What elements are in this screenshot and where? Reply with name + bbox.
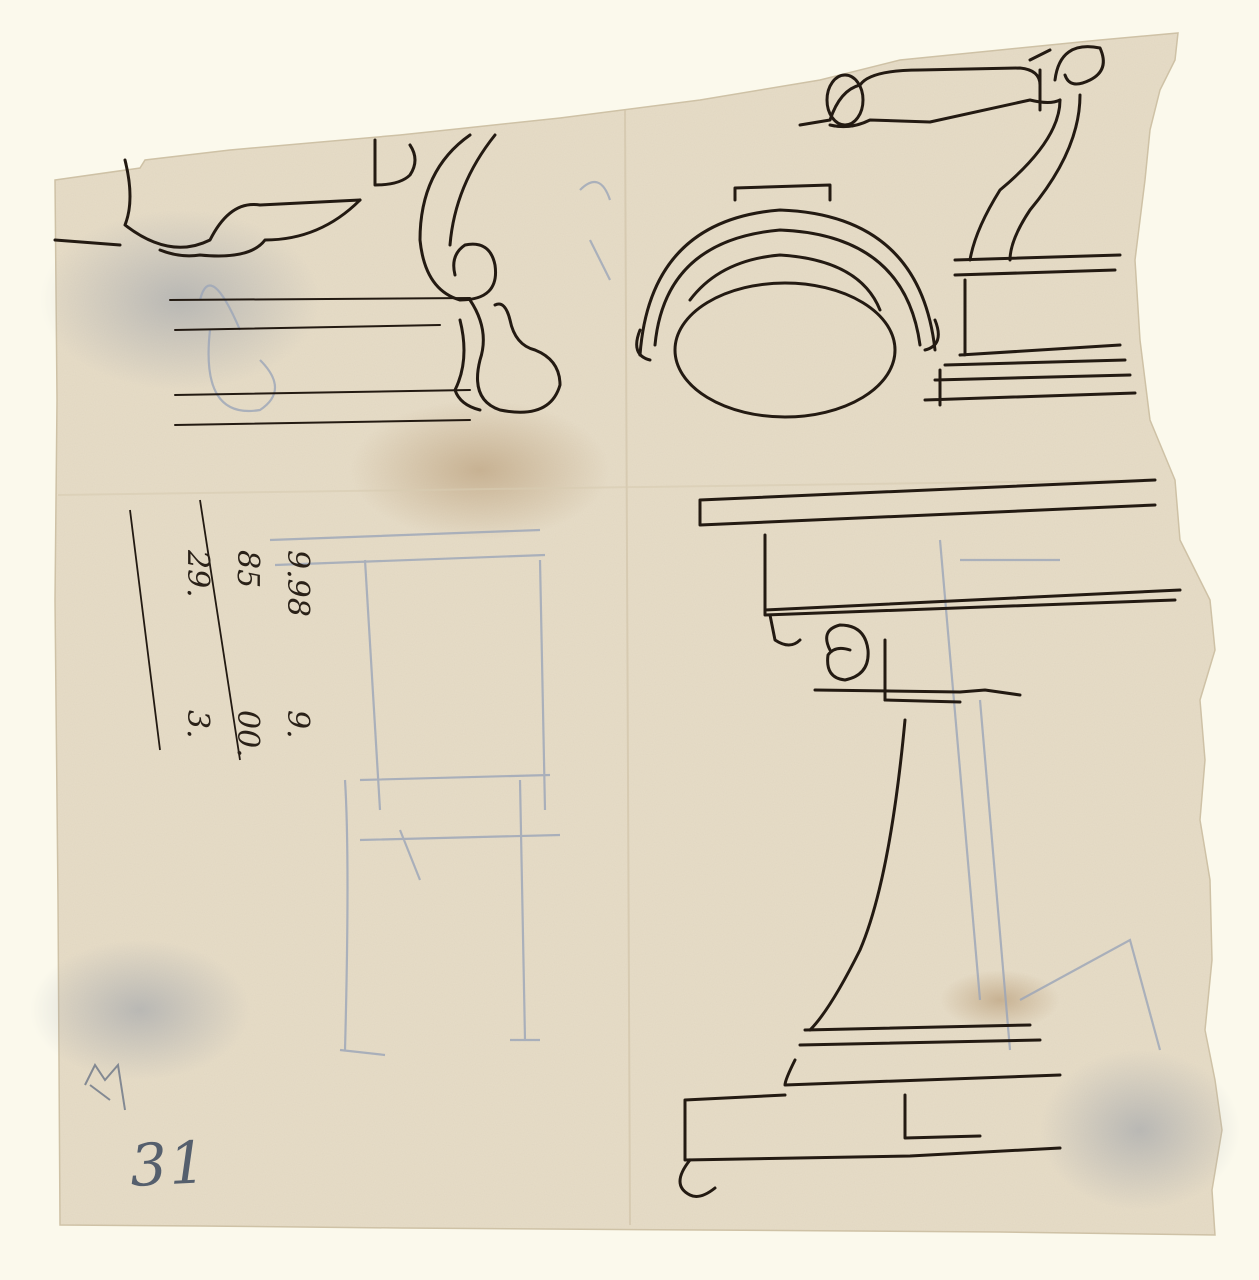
numeral-column-1: 9.98	[280, 550, 315, 617]
numeral-column-2: 85	[230, 550, 265, 588]
sheet-number: 31	[128, 1128, 209, 1200]
numeral-column-2-top: 00.	[230, 710, 265, 758]
numeral-column-3-top: 3.	[180, 710, 215, 739]
numeral-column-1-top: 9.	[280, 710, 315, 739]
numeral-column-3: 29.	[180, 550, 215, 598]
handwritten-numerals: 9.98 85 29. 9. 00. 3.	[35, 540, 315, 780]
